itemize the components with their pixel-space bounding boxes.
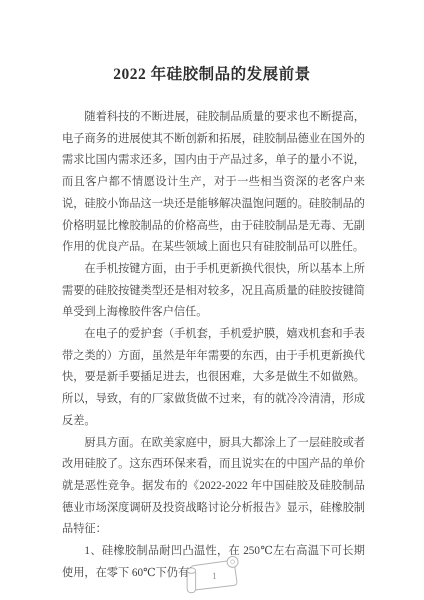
paragraph-kitchenware: 厨具方面。在欧美家庭中，厨具大都涂上了一层硅胶或者改用硅胶了。这东西环保来看，而… <box>62 433 365 542</box>
paragraph-phone-buttons: 在手机按键方面，由于手机更新换代很快，所以基本上所需要的硅胶按键类型还是相对较多… <box>62 259 365 324</box>
document-page: 2022 年硅胶制品的发展前景 随着科技的不断进展，硅胶制品质量的要求也不断提高… <box>0 0 424 600</box>
page-footer: 1 <box>0 554 424 594</box>
document-body: 随着科技的不断进展，硅胶制品质量的要求也不断提高，电子商务的进展使其不断创新和拓… <box>62 107 365 584</box>
paragraph-industry-overview: 随着科技的不断进展，硅胶制品质量的要求也不断提高，电子商务的进展使其不断创新和拓… <box>62 107 365 259</box>
document-title: 2022 年硅胶制品的发展前景 <box>0 62 424 84</box>
paragraph-protective-cases: 在电子的爱护套（手机套，手机爱护膜，嬉戏机套和手表带之类的）方面，虽然是年年需要… <box>62 324 365 433</box>
scroll-banner-icon: 1 <box>181 554 243 594</box>
page-number: 1 <box>212 571 217 581</box>
